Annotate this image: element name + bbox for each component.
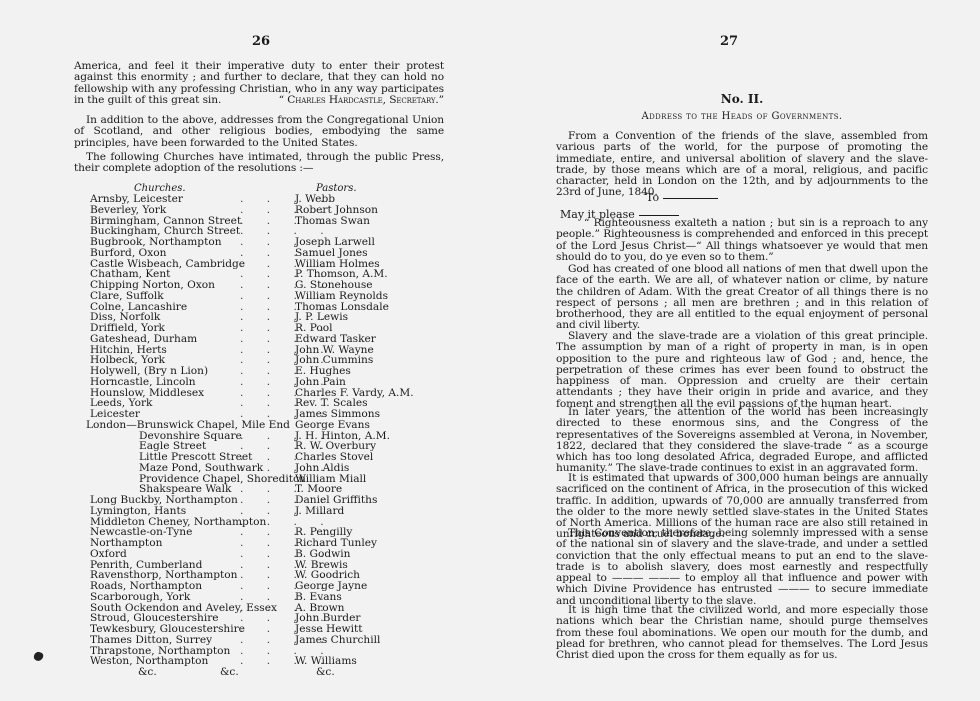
paragraph-addresses: In addition to the above, addresses from… [74, 115, 444, 149]
etc-pastor: &c. [316, 667, 335, 678]
paragraph-righteousness: “ Righteousness exalteth a nation ; but … [556, 218, 928, 263]
etc-mid: &c. [220, 667, 239, 678]
pastor-name: Robert Johnson [295, 205, 378, 216]
blank-rule [639, 215, 679, 216]
signature: “ Charles Hardcastle, Secretary.” [74, 95, 444, 106]
church-name: Gateshead, Durham [90, 334, 197, 345]
churches-table: Churches. Pastors. Arnsby, Leicester. . … [90, 183, 410, 678]
blank-rule [663, 198, 718, 199]
leader-dots: . . . . [240, 592, 300, 603]
table-row: Lymington, Hants. . . .J. Millard [90, 506, 410, 517]
page-number: 27 [720, 34, 738, 49]
table-row: Thames Ditton, Surrey. . . .James Church… [90, 635, 410, 646]
paragraph-churches-intro: The following Churches have intimated, t… [74, 152, 444, 175]
section-title: Address to the Heads of Governments. [556, 111, 928, 122]
church-name: London—Brunswick Chapel, Mile End [86, 420, 290, 431]
church-name: Burford, Oxon [90, 248, 166, 259]
pastor-name: J. Millard [295, 506, 344, 517]
table-row: Horncastle, Lincoln. . . .John Pain [90, 377, 410, 388]
etc-church: &c. [138, 667, 157, 678]
leader-dots: . . . . [240, 656, 300, 667]
pastor-name: George Evans [295, 420, 370, 431]
pastor-name: Samuel Jones [295, 248, 368, 259]
pastor-name: B. Godwin [295, 549, 350, 560]
paragraph-verona: In later years, the attention of the wor… [556, 407, 928, 475]
table-row: Scarborough, York. . . .B. Evans [90, 592, 410, 603]
leader-dots: . . . . [240, 377, 300, 388]
ink-blot-mark [33, 651, 45, 663]
paragraph-intro: From a Convention of the friends of the … [556, 131, 928, 199]
leader-dots: . . . . [240, 635, 300, 646]
table-row: Beverley, York. . . .Robert Johnson [90, 205, 410, 216]
leader-dots: . . . . [240, 248, 300, 259]
pastor-name: James Churchill [295, 635, 380, 646]
leader-dots: . . . . [240, 463, 300, 474]
church-name: Beverley, York [90, 205, 166, 216]
leader-dots: . . . . [240, 291, 300, 302]
table-row: Clare, Suffolk. . . .William Reynolds [90, 291, 410, 302]
table-row: Gateshead, Durham. . . .Edward Tasker [90, 334, 410, 345]
table-row: London—Brunswick Chapel, Mile EndGeorge … [90, 420, 410, 431]
pastor-name: William Reynolds [295, 291, 388, 302]
paragraph-one-blood: God has created of one blood all nations… [556, 264, 928, 332]
pastor-name: John Aldis [295, 463, 349, 474]
table-row: Maze Pond, Southwark. . . .John Aldis [90, 463, 410, 474]
church-name: Lymington, Hants [90, 506, 186, 517]
pastor-name: Edward Tasker [295, 334, 376, 345]
to-line: To [646, 191, 718, 204]
leader-dots: . . . . [240, 506, 300, 517]
church-name: Scarborough, York [90, 592, 190, 603]
section-number: No. II. [556, 92, 928, 106]
table-body: Arnsby, Leicester. . . .J. WebbBeverley,… [90, 194, 410, 667]
paragraph-high-time: It is high time that the civilized world… [556, 605, 928, 661]
church-name: Horncastle, Lincoln [90, 377, 196, 388]
page-number: 26 [252, 34, 270, 49]
pastor-name: John Pain [295, 377, 346, 388]
church-name: Oxford [90, 549, 127, 560]
leader-dots: . . . . [240, 334, 300, 345]
pastor-name: B. Evans [295, 592, 342, 603]
paragraph-slavery-violation: Slavery and the slave-trade are a violat… [556, 331, 928, 410]
table-row-etc: &c. &c. &c. [90, 667, 410, 678]
church-name: Clare, Suffolk [90, 291, 164, 302]
church-name: Thames Ditton, Surrey [90, 635, 212, 646]
paragraph-convention-appeal: This Convention, therefore, being solemn… [556, 528, 928, 607]
table-row: Oxford. . . .B. Godwin [90, 549, 410, 560]
table-row: Burford, Oxon. . . .Samuel Jones [90, 248, 410, 259]
leader-dots: . . . . [240, 549, 300, 560]
leader-dots: . . . . [240, 205, 300, 216]
to-label: To [646, 191, 659, 204]
